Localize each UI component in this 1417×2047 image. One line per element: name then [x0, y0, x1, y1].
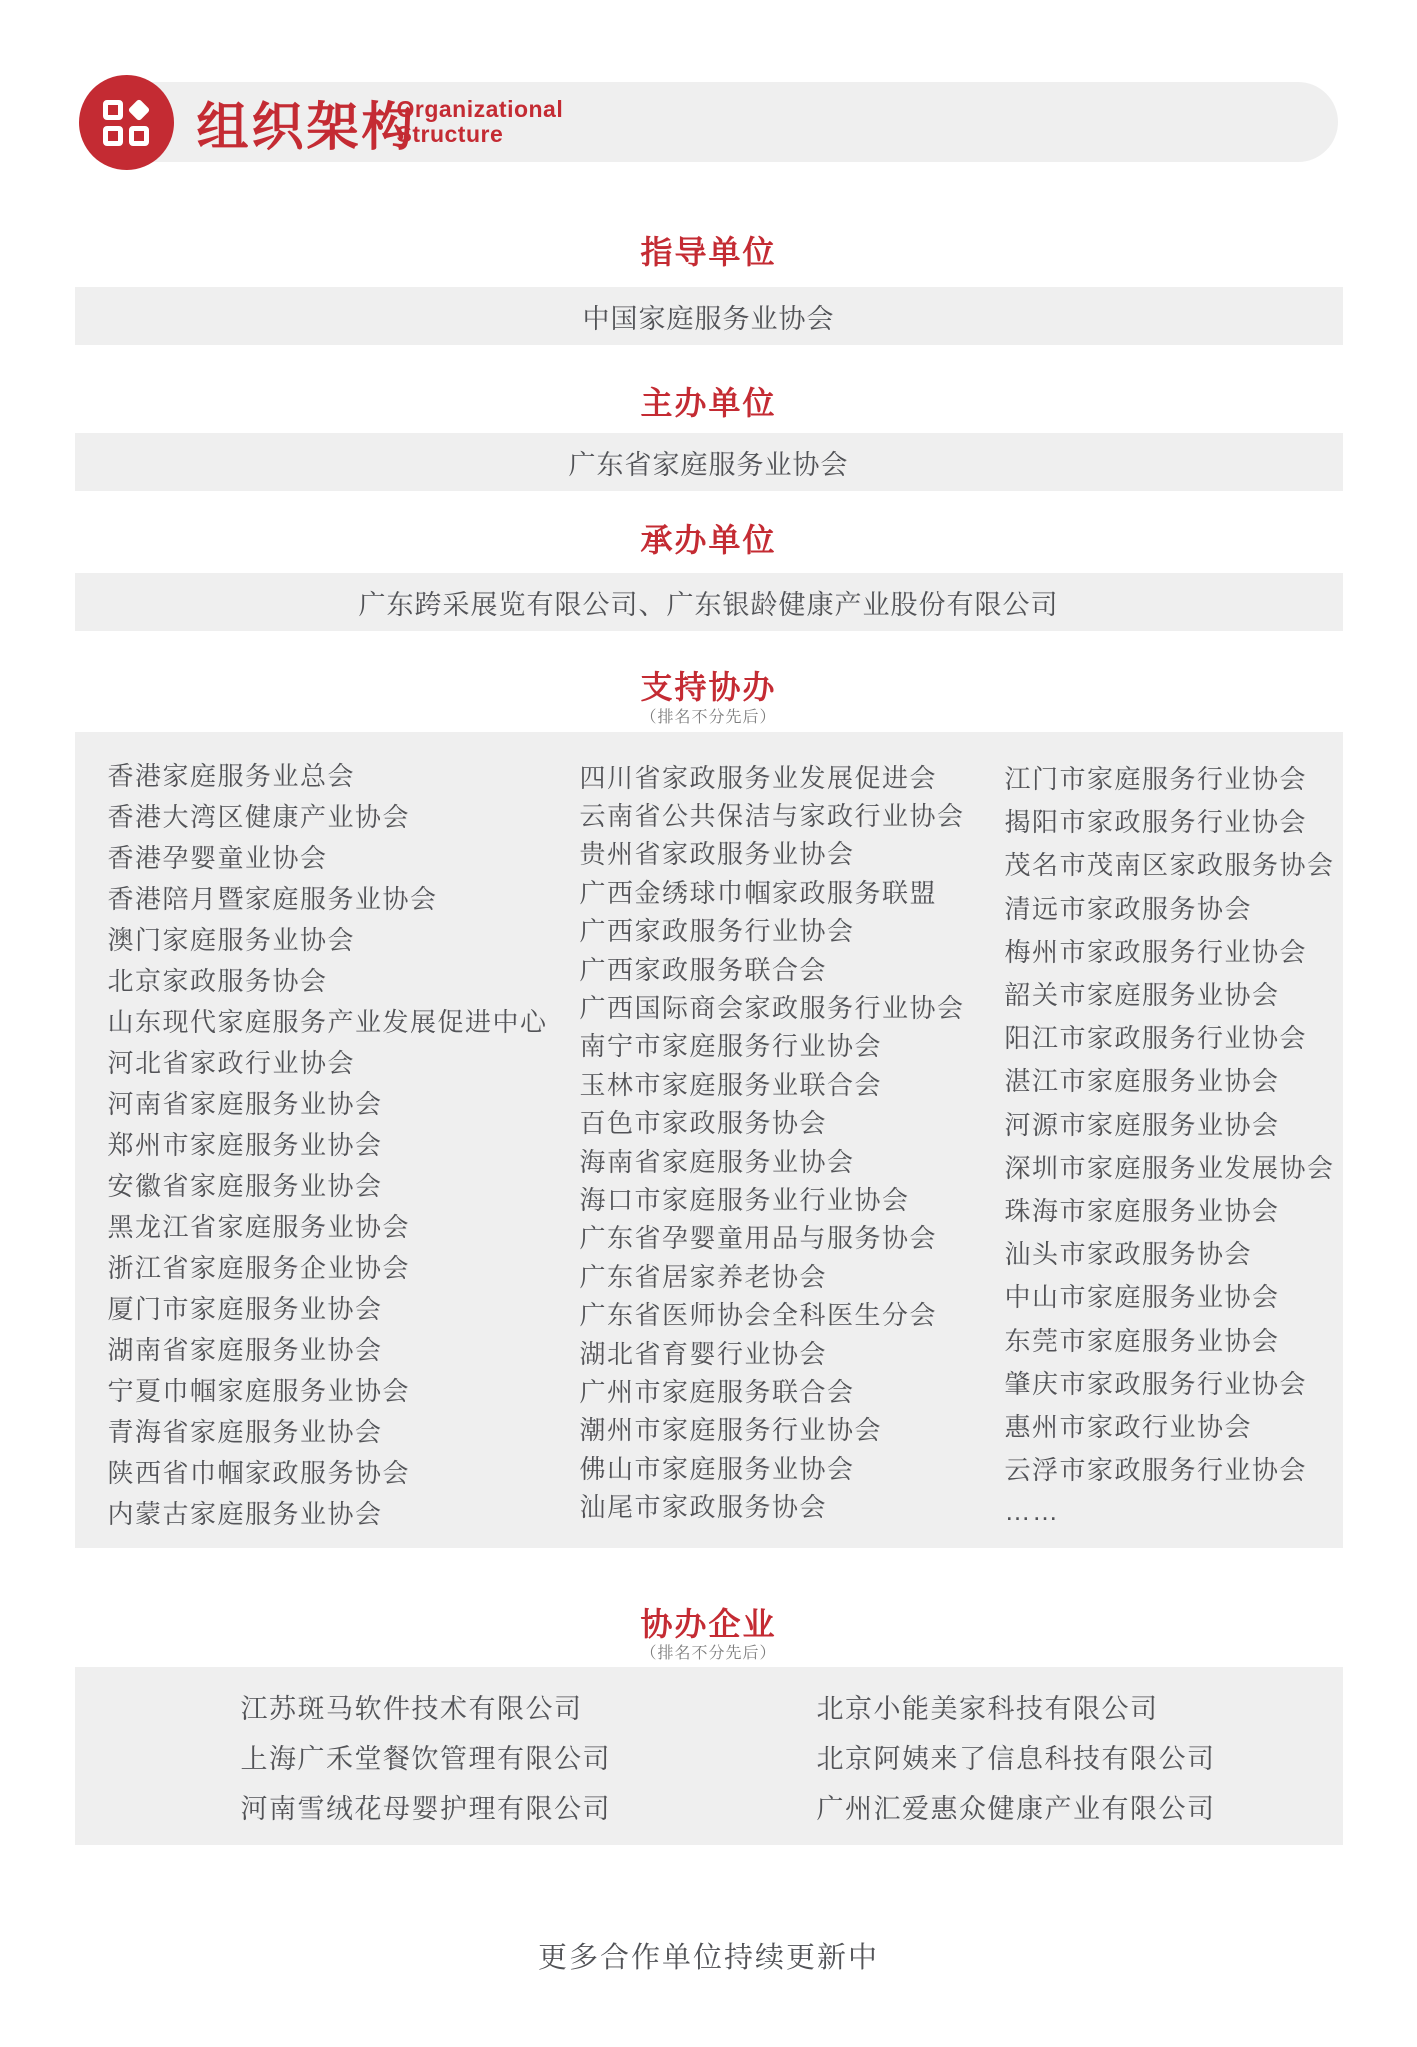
- section-heading-host: 主办单位: [75, 387, 1343, 419]
- list-item: 安徽省家庭服务业协会: [108, 1164, 548, 1205]
- apps-grid-square: [103, 126, 123, 146]
- list-item: 惠州市家政行业协会: [1005, 1404, 1335, 1447]
- list-item: 厦门市家庭服务业协会: [108, 1287, 548, 1328]
- list-item: 玉林市家庭服务业联合会: [580, 1064, 965, 1102]
- enterprises-column-2: 北京小能美家科技有限公司北京阿姨来了信息科技有限公司广州汇爱惠众健康产业有限公司: [817, 1681, 1216, 1831]
- list-item: 陕西省巾帼家政服务协会: [108, 1451, 548, 1492]
- apps-grid-icon: [103, 100, 149, 146]
- list-item: 湖南省家庭服务业协会: [108, 1328, 548, 1369]
- poster-page: 组织架构 Organizational Structure 指导单位 中国家庭服…: [75, 75, 1343, 1973]
- list-item: 汕尾市家政服务协会: [580, 1486, 965, 1524]
- section-heading-enterprises: 协办企业: [75, 1608, 1343, 1640]
- list-item: 广西家政服务联合会: [580, 949, 965, 987]
- list-item: 广州汇爱惠众健康产业有限公司: [817, 1781, 1216, 1831]
- support-column-3: 江门市家庭服务行业协会揭阳市家政服务行业协会茂名市茂南区家政服务协会清远市家政服…: [1005, 756, 1335, 1533]
- list-item: 揭阳市家政服务行业协会: [1005, 799, 1335, 842]
- list-item: 广州市家庭服务联合会: [580, 1371, 965, 1409]
- apps-grid-square: [103, 100, 123, 120]
- list-item: 香港孕婴童业协会: [108, 836, 548, 877]
- organizer-unit-value: 广东跨采展览有限公司、广东银龄健康产业股份有限公司: [359, 583, 1059, 622]
- list-item: 江苏斑马软件技术有限公司: [241, 1681, 612, 1731]
- list-item: 香港家庭服务业总会: [108, 754, 548, 795]
- support-column-2: 四川省家政服务业发展促进会云南省公共保洁与家政行业协会贵州省家政服务业协会广西金…: [580, 757, 965, 1525]
- list-item: 潮州市家庭服务行业协会: [580, 1410, 965, 1448]
- list-item: 北京阿姨来了信息科技有限公司: [817, 1731, 1216, 1781]
- list-item: 广西家政服务行业协会: [580, 911, 965, 949]
- list-item: 湛江市家庭服务业协会: [1005, 1058, 1335, 1101]
- support-ranking-note: （排名不分先后）: [75, 709, 1343, 727]
- list-item: 香港大湾区健康产业协会: [108, 795, 548, 836]
- list-item: 浙江省家庭服务企业协会: [108, 1246, 548, 1287]
- footer-note: 更多合作单位持续更新中: [75, 1943, 1343, 1973]
- list-item: 河北省家政行业协会: [108, 1041, 548, 1082]
- org-structure-badge: [79, 75, 174, 170]
- list-item: 香港陪月暨家庭服务业协会: [108, 877, 548, 918]
- list-item: 上海广禾堂餐饮管理有限公司: [241, 1731, 612, 1781]
- section-heading-organizer: 承办单位: [75, 524, 1343, 556]
- host-unit-value: 广东省家庭服务业协会: [569, 443, 849, 482]
- list-item: 河源市家庭服务业协会: [1005, 1102, 1335, 1145]
- list-item: 深圳市家庭服务业发展协会: [1005, 1145, 1335, 1188]
- list-item: 北京家政服务协会: [108, 959, 548, 1000]
- list-item: 汕头市家政服务协会: [1005, 1231, 1335, 1274]
- apps-grid-square: [129, 126, 149, 146]
- list-item: 南宁市家庭服务行业协会: [580, 1026, 965, 1064]
- list-item: 内蒙古家庭服务业协会: [108, 1492, 548, 1533]
- list-item: 广东省医师协会全科医生分会: [580, 1294, 965, 1332]
- list-item: 珠海市家庭服务业协会: [1005, 1188, 1335, 1231]
- enterprises-ranking-note: （排名不分先后）: [75, 1645, 1343, 1663]
- list-item: ……: [1005, 1490, 1335, 1533]
- list-item: 海口市家庭服务业行业协会: [580, 1179, 965, 1217]
- list-item: 澳门家庭服务业协会: [108, 918, 548, 959]
- support-organizations-panel: 香港家庭服务业总会香港大湾区健康产业协会香港孕婴童业协会香港陪月暨家庭服务业协会…: [75, 732, 1343, 1548]
- page-title: 组织架构: [197, 82, 417, 162]
- page-title-english-line2: Structure: [397, 122, 564, 147]
- list-item: 云浮市家政服务行业协会: [1005, 1447, 1335, 1490]
- list-item: 青海省家庭服务业协会: [108, 1410, 548, 1451]
- list-item: 郑州市家庭服务业协会: [108, 1123, 548, 1164]
- list-item: 清远市家政服务协会: [1005, 886, 1335, 929]
- section-heading-guidance: 指导单位: [75, 236, 1343, 268]
- guidance-unit-bar: 中国家庭服务业协会: [75, 287, 1343, 345]
- list-item: 广东省居家养老协会: [580, 1256, 965, 1294]
- list-item: 四川省家政服务业发展促进会: [580, 757, 965, 795]
- list-item: 江门市家庭服务行业协会: [1005, 756, 1335, 799]
- organizer-unit-bar: 广东跨采展览有限公司、广东银龄健康产业股份有限公司: [75, 573, 1343, 631]
- list-item: 贵州省家政服务业协会: [580, 834, 965, 872]
- list-item: 茂名市茂南区家政服务协会: [1005, 842, 1335, 885]
- list-item: 广西国际商会家政服务行业协会: [580, 987, 965, 1025]
- list-item: 中山市家庭服务业协会: [1005, 1274, 1335, 1317]
- list-item: 梅州市家政服务行业协会: [1005, 929, 1335, 972]
- list-item: 佛山市家庭服务业协会: [580, 1448, 965, 1486]
- list-item: 河南雪绒花母婴护理有限公司: [241, 1781, 612, 1831]
- page-title-english: Organizational Structure: [397, 82, 564, 162]
- enterprises-column-1: 江苏斑马软件技术有限公司上海广禾堂餐饮管理有限公司河南雪绒花母婴护理有限公司: [241, 1681, 612, 1831]
- list-item: 海南省家庭服务业协会: [580, 1141, 965, 1179]
- list-item: 广西金绣球巾帼家政服务联盟: [580, 872, 965, 910]
- section-heading-support: 支持协办: [75, 671, 1343, 703]
- list-item: 广东省孕婴童用品与服务协会: [580, 1218, 965, 1256]
- list-item: 北京小能美家科技有限公司: [817, 1681, 1216, 1731]
- apps-grid-diamond: [129, 100, 149, 120]
- list-item: 百色市家政服务协会: [580, 1103, 965, 1141]
- list-item: 肇庆市家政服务行业协会: [1005, 1361, 1335, 1404]
- list-item: 山东现代家庭服务产业发展促进中心: [108, 1000, 548, 1041]
- enterprises-panel: 江苏斑马软件技术有限公司上海广禾堂餐饮管理有限公司河南雪绒花母婴护理有限公司 北…: [75, 1667, 1343, 1845]
- list-item: 阳江市家政服务行业协会: [1005, 1015, 1335, 1058]
- page-header: 组织架构 Organizational Structure: [75, 75, 1343, 170]
- list-item: 东莞市家庭服务业协会: [1005, 1317, 1335, 1360]
- host-unit-bar: 广东省家庭服务业协会: [75, 433, 1343, 491]
- list-item: 湖北省育婴行业协会: [580, 1333, 965, 1371]
- guidance-unit-value: 中国家庭服务业协会: [583, 297, 835, 336]
- list-item: 黑龙江省家庭服务业协会: [108, 1205, 548, 1246]
- list-item: 河南省家庭服务业协会: [108, 1082, 548, 1123]
- page-title-english-line1: Organizational: [397, 97, 564, 122]
- list-item: 宁夏巾帼家庭服务业协会: [108, 1369, 548, 1410]
- list-item: 云南省公共保洁与家政行业协会: [580, 795, 965, 833]
- support-column-1: 香港家庭服务业总会香港大湾区健康产业协会香港孕婴童业协会香港陪月暨家庭服务业协会…: [108, 754, 548, 1533]
- list-item: 韶关市家庭服务业协会: [1005, 972, 1335, 1015]
